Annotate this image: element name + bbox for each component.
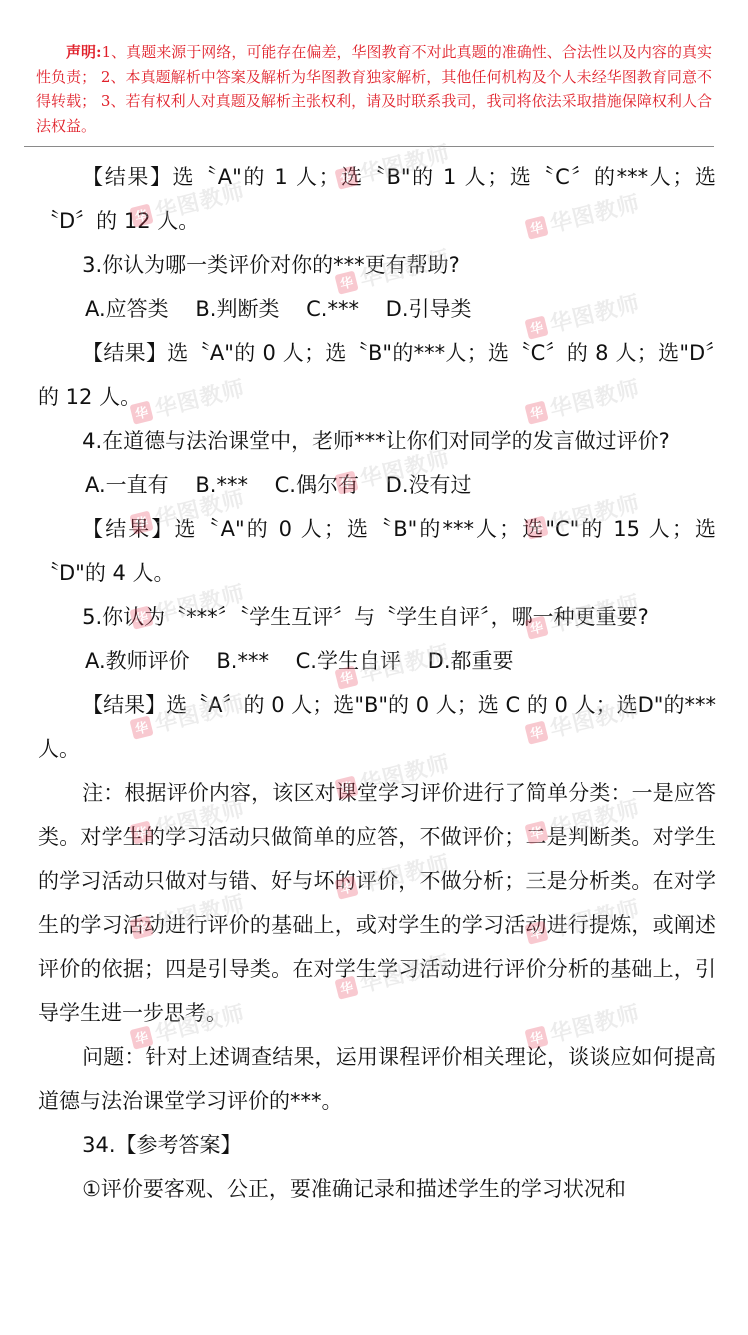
option-a: A.教师评价 (85, 649, 190, 673)
q4-result: 【结果】选〝A"的 0 人；选〝B"的***人；选"C"的 15 人；选〝D"的… (38, 507, 716, 595)
header-divider (24, 146, 714, 147)
question-5: 5.你认为〝***〞〝学生互评〞与〝学生自评〞，哪一种更重要? (38, 595, 716, 639)
option-a: A.应答类 (85, 297, 169, 321)
option-b: B.*** (216, 649, 269, 673)
disclaimer-lead: 声明: (66, 43, 102, 61)
question-prompt: 问题：针对上述调查结果，运用课程评价相关理论，谈谈应如何提高道德与法治课堂学习评… (38, 1035, 716, 1123)
answer-heading: 34.【参考答案】 (38, 1123, 716, 1167)
answer-point-1: ①评价要客观、公正，要准确记录和描述学生的学习状况和 (38, 1167, 716, 1211)
option-d: D.没有过 (386, 473, 472, 497)
question-3: 3.你认为哪一类评价对你的***更有帮助? (38, 243, 716, 287)
option-b: B.*** (195, 473, 248, 497)
question-5-options: A.教师评价 B.*** C.学生自评 D.都重要 (38, 639, 716, 683)
option-c: C.学生自评 (296, 649, 401, 673)
copyright-disclaimer: 声明:1、真题来源于网络，可能存在偏差，华图教育不对此真题的准确性、合法性以及内… (36, 40, 712, 138)
q5-result: 【结果】选〝A〞的 0 人；选"B"的 0 人；选 C 的 0 人；选D"的**… (38, 683, 716, 771)
question-4-options: A.一直有 B.*** C.偶尔有 D.没有过 (38, 463, 716, 507)
q3-result: 【结果】选〝A"的 0 人；选〝B"的***人；选〝C〞的 8 人；选"D〞的 … (38, 331, 716, 419)
classification-note: 注：根据评价内容，该区对课堂学习评价进行了简单分类：一是应答类。对学生的学习活动… (38, 771, 716, 1035)
q2-result: 【结果】选〝A"的 1 人；选〝B"的 1 人；选〝C〞的***人；选〝D〞的 … (38, 155, 716, 243)
option-d: D.都重要 (428, 649, 514, 673)
disclaimer-text: 1、真题来源于网络，可能存在偏差，华图教育不对此真题的准确性、合法性以及内容的真… (36, 43, 712, 135)
question-3-options: A.应答类 B.判断类 C.*** D.引导类 (38, 287, 716, 331)
option-c: C.*** (306, 297, 359, 321)
option-c: C.偶尔有 (275, 473, 359, 497)
option-b: B.判断类 (195, 297, 279, 321)
option-d: D.引导类 (386, 297, 472, 321)
option-a: A.一直有 (85, 473, 169, 497)
question-4: 4.在道德与法治课堂中，老师***让你们对同学的发言做过评价? (38, 419, 716, 463)
document-body: 【结果】选〝A"的 1 人；选〝B"的 1 人；选〝C〞的***人；选〝D〞的 … (38, 155, 716, 1211)
